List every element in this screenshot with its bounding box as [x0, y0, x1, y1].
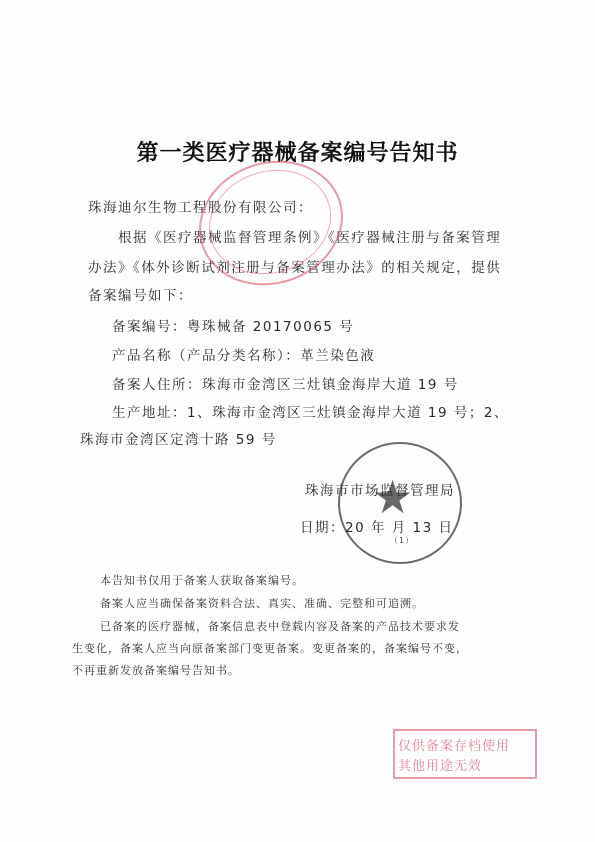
note-5: 不再重新发放备案编号告知书。 — [72, 662, 240, 678]
document-page: 第一类医疗器械备案编号告知书 珠海迪尔生物工程股份有限公司： 根据《医疗器械监督… — [0, 0, 595, 842]
agency-seal-number: （1） — [390, 535, 414, 546]
note-4: 生变化，备案人应当向原备案部门变更备案。变更备案的，备案编号不变， — [72, 640, 468, 656]
archive-stamp-line-1: 仅供备案存档使用 — [398, 735, 510, 754]
note-1: 本告知书仅用于备案人获取备案编号。 — [100, 572, 304, 588]
filer-address: 备案人住所：珠海市金湾区三灶镇金海岸大道 19 号 — [112, 373, 459, 393]
note-3: 已备案的医疗器械，备案信息表中登载内容及备案的产品技术要求发 — [100, 618, 460, 634]
filing-number: 备案编号：粤珠械备 20170065 号 — [112, 315, 354, 335]
star-icon: ★ — [372, 470, 413, 524]
production-address-line-2: 珠海市金湾区定湾十路 59 号 — [80, 428, 277, 448]
product-name: 产品名称（产品分类名称）：革兰染色液 — [112, 344, 375, 364]
note-2: 备案人应当确保备案资料合法、真实、准确、完整和可追溯。 — [100, 595, 424, 611]
body-line-3: 备案编号如下： — [88, 284, 193, 304]
archive-stamp-line-2: 其他用途无效 — [398, 755, 482, 774]
production-address-line-1: 生产地址：1、珠海市金湾区三灶镇金海岸大道 19 号；2、 — [112, 401, 509, 421]
